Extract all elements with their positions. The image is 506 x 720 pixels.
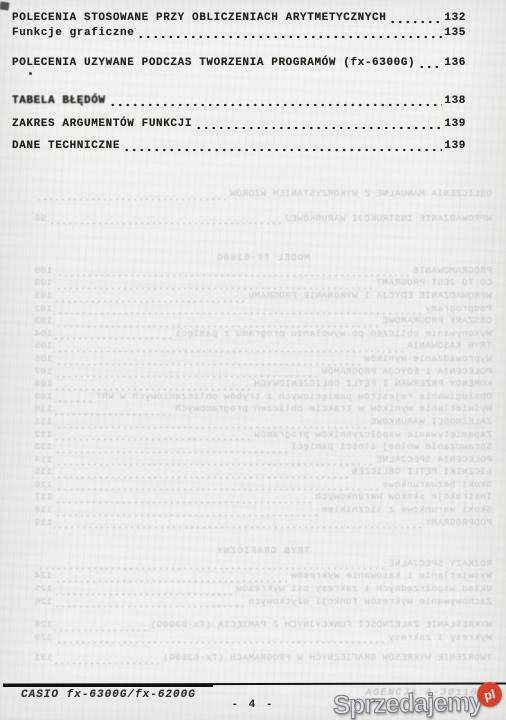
ghost-entry-title: Układ współrzędnych i zakresy osi wykres… bbox=[236, 583, 492, 596]
toc-entry-page-number: 138 bbox=[444, 96, 466, 107]
ghost-entry-title: POLECENIA SPECJALNE bbox=[376, 454, 492, 467]
ghost-entry-page-number: 104 bbox=[34, 328, 52, 341]
ghost-entry-page-number: 125 bbox=[34, 583, 52, 596]
ghost-section-heading: TRYB GRAFICZNY bbox=[34, 545, 492, 558]
ghost-toc-entry: KOMENDY PRZERWAŃ I PĘTLI OBLICZENIOWYCH … bbox=[34, 378, 492, 391]
scan-corner-smudge bbox=[0, 1, 10, 10]
ghost-toc-entry: Wyświetlanie i kasowanie wykresów 124 bbox=[34, 570, 492, 583]
ghost-toc-entry: WPROWADZANIE EDYCJA I WYKONANIE PROGRAMU… bbox=[34, 290, 492, 303]
ghost-entry-title: Podprogramy bbox=[425, 303, 492, 316]
sprzedajemy-watermark: Sprzedajemy pl bbox=[333, 685, 501, 719]
ghost-entry-title: Wyświetlanie i kasowanie wykresów bbox=[291, 570, 492, 583]
toc-entry-page-number: 139 bbox=[444, 119, 466, 130]
ghost-dot-leader bbox=[54, 605, 246, 608]
ghost-toc-entry: POLECENIA I EDYCJA PROGRAMÓW 107 bbox=[34, 366, 492, 379]
ghost-section3-block: WYKREŚLANIE ZALEŻNOŚCI FUNKCYJNYCH Z PAM… bbox=[34, 619, 492, 644]
ghost-intro-block: OBLICZENIA MANUALNE Z WYKORZYSTANIEM WZO… bbox=[34, 188, 492, 225]
ghost-toc-entry: OBLICZENIA MANUALNE Z WYKORZYSTANIEM WZO… bbox=[34, 188, 492, 201]
ghost-toc-entry: ZALEŻNOŚCI WARUNKOWE 111 bbox=[34, 416, 492, 429]
ghost-dot-leader bbox=[54, 426, 368, 429]
toc-entry: POLECENIA STOSOWANE PRZY OBLICZENIACH AR… bbox=[12, 13, 466, 24]
ghost-dot-leader bbox=[36, 567, 386, 570]
ghost-entry-page-number: 124 bbox=[34, 570, 52, 583]
ghost-dot-leader bbox=[54, 400, 93, 403]
ghost-dot-leader bbox=[54, 350, 404, 353]
ghost-entry-page-number: 109 bbox=[34, 391, 52, 404]
ghost-toc-entry: ROZKAZY SPECJALNE bbox=[34, 558, 492, 571]
ghost-dot-leader bbox=[36, 198, 228, 201]
ghost-entry-title: Sprawdzanie wolnej ilości pamięci bbox=[291, 441, 492, 454]
ghost-dot-leader bbox=[54, 287, 374, 290]
ghost-section4-block: TWORZENIE WYKRESÓW GRAFICZNYCH W PROGRAM… bbox=[34, 652, 492, 665]
ghost-toc-entry: TRYB KASOWANIA 105 bbox=[34, 340, 492, 353]
ghost-toc-entry: WYKREŚLANIE ZALEŻNOŚCI FUNKCYJNYCH Z PAM… bbox=[34, 619, 492, 632]
ghost-toc-entry: OBSZARY PROGRAMOWE 103 bbox=[34, 315, 492, 328]
ghost-entry-page-number: 114 bbox=[34, 454, 52, 467]
ghost-entry-page-number: 108 bbox=[34, 378, 52, 391]
ghost-entry-page-number: 111 bbox=[34, 416, 52, 429]
ghost-dot-leader bbox=[54, 593, 233, 596]
ghost-entry-page-number: 103 bbox=[34, 315, 52, 328]
ghost-toc-entry: Skoki warunkowe z licznikiem 118 bbox=[34, 504, 492, 517]
ghost-toc-entry: Zapamiętywanie współczynników programów … bbox=[34, 429, 492, 442]
dot-leader bbox=[195, 126, 442, 130]
dot-leader bbox=[418, 65, 442, 69]
ghost-dot-leader bbox=[54, 375, 319, 378]
toc-entry: ZAKRES ARGUMENTÓW FUNKCJI 139 bbox=[12, 119, 466, 130]
ghost-toc-entry: WPROWADZANIE INSTRUKCJI WARUNKOWEJ 98 bbox=[34, 213, 492, 226]
ghost-entry-page-number: 105 bbox=[34, 340, 52, 353]
ghost-entry-title: OBLICZENIA MANUALNE Z WYKORZYSTANIEM WZO… bbox=[230, 188, 492, 201]
ghost-toc-entry: TWORZENIE WYKRESÓW GRAFICZNYCH W PROGRAM… bbox=[34, 652, 492, 665]
ghost-toc-entry: Obsługiwanie rejestrów pamięciowych i tr… bbox=[34, 391, 492, 404]
ghost-entry-title: Wyprowadzanie wyników bbox=[364, 353, 492, 366]
ghost-entry-page-number: 118 bbox=[34, 504, 52, 517]
ghost-entry-title: CO TO JEST PROGRAM? bbox=[376, 277, 492, 290]
ghost-dot-leader bbox=[54, 629, 148, 632]
ghost-toc-entry: CO TO JEST PROGRAM? 100 bbox=[34, 277, 492, 290]
dot-leader bbox=[109, 103, 443, 107]
toc-entry: POLECENIA UZYWANE PODCZAS TWORZENIA PROG… bbox=[12, 58, 466, 69]
dot-leader bbox=[389, 20, 442, 24]
ghost-dot-leader bbox=[54, 451, 288, 454]
ghost-entry-title: POLECENIA I EDYCJA PROGRAMÓW bbox=[321, 366, 492, 379]
ghost-dot-leader bbox=[54, 413, 172, 416]
toc-entry: TABELA BŁĘDÓW 138 bbox=[12, 96, 466, 107]
ghost-entry-title: OBSZARY PROGRAMOWE bbox=[382, 315, 492, 328]
ghost-dot-leader bbox=[54, 662, 160, 665]
ghost-dot-leader bbox=[54, 312, 423, 315]
ghost-dot-leader bbox=[54, 300, 246, 303]
toc-entry-title: Funkcje graficzne bbox=[12, 28, 134, 39]
ghost-entry-title: TRYB KASOWANIA bbox=[407, 340, 492, 353]
ghost-toc-entry: Wykresy i zakresy 129 bbox=[34, 632, 492, 645]
toc-entry: Funkcje graficzne 135 bbox=[12, 28, 466, 39]
ghost-toc-entry: LICZNIKI PĘTLI OBLICZEŃ 115 bbox=[34, 466, 492, 479]
ghost-dot-leader bbox=[54, 463, 374, 466]
ghost-dot-leader bbox=[54, 526, 423, 529]
ghost-entry-title: Wykresy i zakresy bbox=[388, 632, 492, 645]
ghost-entry-title: Obsługiwanie rejestrów pamięciowych i tr… bbox=[95, 391, 492, 404]
ghost-entry-page-number: 107 bbox=[34, 366, 52, 379]
ghost-entry-title: LICZNIKI PĘTLI OBLICZEŃ bbox=[352, 466, 492, 479]
ghost-entry-title: TWORZENIE WYKRESÓW GRAFICZNYCH W PROGRAM… bbox=[163, 652, 492, 665]
ghost-entry-page-number: 126 bbox=[34, 596, 52, 609]
ghost-dot-leader bbox=[54, 438, 252, 441]
ghost-toc-entry: Sprawdzanie wolnej ilości pamięci 113 bbox=[34, 441, 492, 454]
ghost-dot-leader bbox=[54, 488, 380, 491]
ghost-entry-title: WYKREŚLANIE ZALEŻNOŚCI FUNKCYJNYCH Z PAM… bbox=[150, 619, 492, 632]
ghost-toc-entry: Zachowywanie wykresów funkcji użytkowych… bbox=[34, 596, 492, 609]
ghost-dot-leader bbox=[54, 363, 362, 366]
ghost-main-block: PROGRAMOWANIE 100 CO TO JEST PROGRAM? 10… bbox=[34, 265, 492, 529]
ghost-entry-page-number: 116 bbox=[34, 479, 52, 492]
ghost-entry-title: WPROWADZANIE INSTRUKCJI WARUNKOWEJ bbox=[285, 213, 492, 226]
ghost-entry-page-number: 131 bbox=[34, 652, 52, 665]
ghost-dot-leader bbox=[54, 476, 349, 479]
ghost-toc-entry: Wyprowadzanie wyników 106 bbox=[34, 353, 492, 366]
ghost-toc-entry: POLECENIA SPECJALNE 114 bbox=[34, 454, 492, 467]
ghost-entry-title: PODPROGRAMY bbox=[425, 517, 492, 530]
ghost-entry-title: Skoki bezwarunkowe bbox=[382, 479, 492, 492]
ghost-entry-page-number: 102 bbox=[34, 303, 52, 316]
ghost-entry-page-number: 115 bbox=[34, 466, 52, 479]
ghost-entry-title: Wyświetlanie wyników w trakcie obliczeń … bbox=[175, 403, 492, 416]
ghost-section-heading: MODEL fx-6300G bbox=[34, 252, 492, 265]
ghost-dot-leader bbox=[48, 222, 282, 225]
ghost-entry-title: Instrukcje skoków warunkowych bbox=[315, 491, 492, 504]
ghost-entry-page-number: 119 bbox=[34, 517, 52, 530]
ghost-toc-entry: Układ współrzędnych i zakresy osi wykres… bbox=[34, 583, 492, 596]
ghost-entry-title: ZALEŻNOŚCI WARUNKOWE bbox=[370, 416, 492, 429]
dot-leader bbox=[137, 35, 442, 39]
toc-entry-page-number: 139 bbox=[444, 141, 466, 152]
toc-entry-page-number: 136 bbox=[444, 58, 466, 69]
toc-entry-title: DANE TECHNICZNE bbox=[12, 141, 120, 152]
toc-entry-title: POLECENIA UZYWANE PODCZAS TWORZENIA PROG… bbox=[12, 58, 415, 69]
ghost-toc-entry: Wykonywanie obliczeń po wywołaniu progra… bbox=[34, 328, 492, 341]
ghost-toc-entry: Podprogramy 102 bbox=[34, 303, 492, 316]
bleedthrough-ghost-text: OBLICZENIA MANUALNE Z WYKORZYSTANIEM WZO… bbox=[14, 183, 492, 665]
ghost-entry-title: PROGRAMOWANIE bbox=[413, 265, 492, 278]
ghost-entry-title: Wykonywanie obliczeń po wywołaniu progra… bbox=[175, 328, 492, 341]
toc-entry-title: ZAKRES ARGUMENTÓW FUNKCJI bbox=[12, 119, 192, 130]
ghost-entry-page-number: 128 bbox=[34, 619, 52, 632]
ghost-dot-leader bbox=[54, 388, 252, 391]
ghost-toc-entry: Instrukcje skoków warunkowych 117 bbox=[34, 491, 492, 504]
ghost-entry-page-number: 113 bbox=[34, 441, 52, 454]
ghost-section2-block: ROZKAZY SPECJALNE Wyświetlanie i kasowan… bbox=[34, 558, 492, 608]
ghost-toc-entry: Skoki bezwarunkowe 116 bbox=[34, 479, 492, 492]
ghost-dot-leader bbox=[54, 337, 172, 340]
table-of-contents: POLECENIA STOSOWANE PRZY OBLICZENIACH AR… bbox=[12, 13, 466, 152]
ghost-entry-page-number: 112 bbox=[34, 429, 52, 442]
ghost-toc-entry: Wyświetlanie wyników w trakcie obliczeń … bbox=[34, 403, 492, 416]
ghost-entry-page-number: 110 bbox=[34, 403, 52, 416]
ghost-dot-leader bbox=[54, 641, 386, 644]
toc-entry-page-number: 135 bbox=[444, 28, 466, 39]
watermark-wordmark: Sprzedajemy bbox=[333, 686, 483, 720]
ghost-toc-entry: PODPROGRAMY 119 bbox=[34, 517, 492, 530]
ghost-entry-page-number: 129 bbox=[34, 632, 52, 645]
ghost-entry-title: Zachowywanie wykresów funkcji użytkowych bbox=[248, 596, 492, 609]
ghost-dot-leader bbox=[54, 514, 319, 517]
pl-badge-label: pl bbox=[482, 686, 496, 702]
ghost-dot-leader bbox=[54, 580, 288, 583]
ghost-entry-title: KOMENDY PRZERWAŃ I PĘTLI OBLICZENIOWYCH bbox=[254, 378, 492, 391]
ghost-entry-title: ROZKAZY SPECJALNE bbox=[388, 558, 492, 571]
toc-entry: DANE TECHNICZNE 139 bbox=[12, 141, 466, 152]
ghost-dot-leader bbox=[54, 274, 410, 277]
ghost-entry-page-number: 117 bbox=[34, 491, 52, 504]
ghost-entry-title: Skoki warunkowe z licznikiem bbox=[321, 504, 492, 517]
ghost-entry-page-number: 101 bbox=[34, 290, 52, 303]
ghost-entry-title: WPROWADZANIE EDYCJA I WYKONANIE PROGRAMU bbox=[248, 290, 492, 303]
ghost-entry-page-number: 98 bbox=[34, 213, 46, 226]
scanned-manual-page: POLECENIA STOSOWANE PRZY OBLICZENIACH AR… bbox=[0, 0, 506, 720]
toc-entry-title: POLECENIA STOSOWANE PRZY OBLICZENIACH AR… bbox=[12, 13, 386, 24]
ghost-entry-page-number: 106 bbox=[34, 353, 52, 366]
ghost-entry-title: Zapamiętywanie współczynników programów bbox=[254, 429, 492, 442]
toc-entry-page-number: 132 bbox=[444, 13, 466, 24]
toc-entry-title: TABELA BŁĘDÓW bbox=[12, 96, 106, 107]
ghost-toc-entry: PROGRAMOWANIE 100 bbox=[34, 265, 492, 278]
ghost-entry-page-number: 100 bbox=[34, 277, 52, 290]
ghost-dot-leader bbox=[54, 325, 380, 328]
dot-leader bbox=[123, 148, 442, 152]
footer-rule-line-thick-left bbox=[3, 684, 213, 687]
ghost-dot-leader bbox=[54, 501, 313, 504]
ghost-entry-page-number: 100 bbox=[34, 265, 52, 278]
